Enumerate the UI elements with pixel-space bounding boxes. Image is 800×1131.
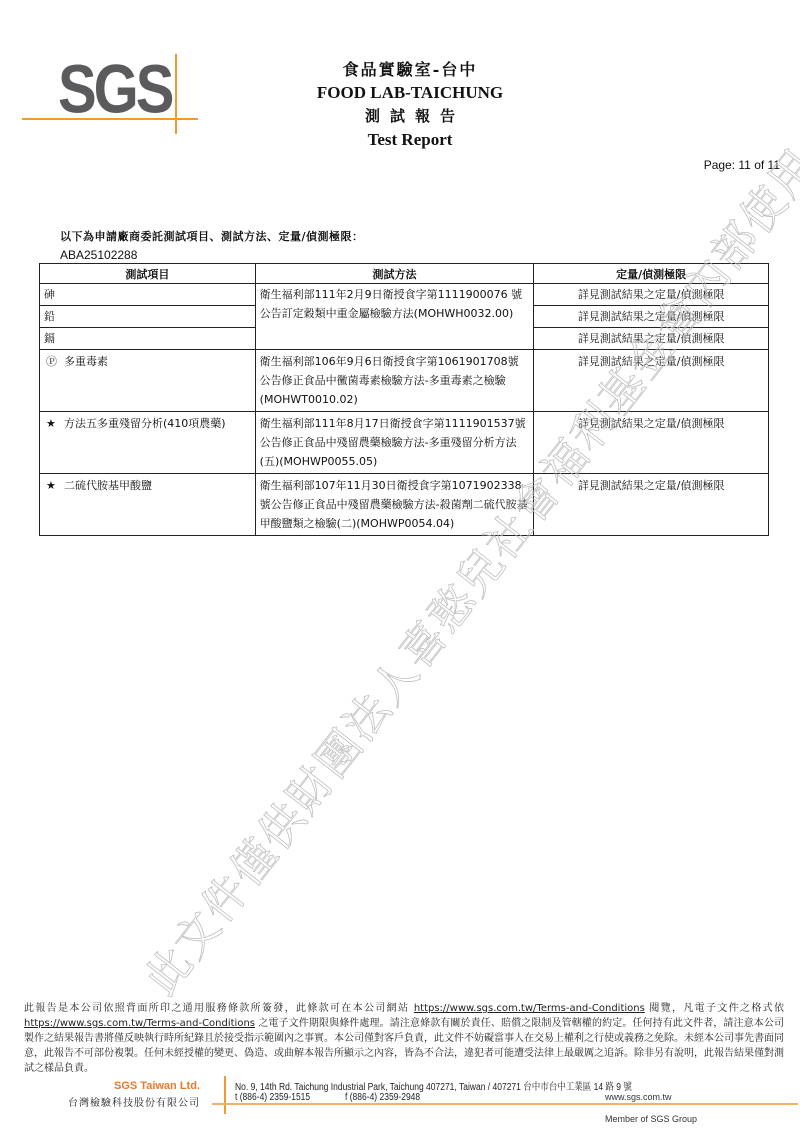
sgs-logo: SGS	[22, 52, 182, 134]
test-limit: 詳見測試結果之定量/偵測極限	[534, 328, 769, 350]
test-method: 衛生福利部107年11月30日衛授食字第1071902338號公告修正食品中殘留…	[255, 474, 534, 536]
test-item: 砷	[40, 284, 256, 306]
test-method: 衛生福利部111年8月17日衛授食字第1111901537號公告修正食品中殘留農…	[255, 412, 534, 474]
disclaimer-text-1: 此報告是本公司依照背面所印之通用服務條款所簽發，此條款可在本公司網站	[24, 1003, 414, 1014]
test-item: 二硫代胺基甲酸鹽	[64, 479, 152, 492]
table-header-row: 測試項目 測試方法 定量/偵測極限	[40, 264, 769, 284]
intro-heading: 以下為申請廠商委託測試項目、測試方法、定量/偵測極限：	[60, 228, 364, 244]
logo-horizontal-line	[22, 118, 198, 120]
test-method: 衛生福利部111年2月9日衛授食字第1111900076 號公告訂定穀類中重金屬…	[255, 284, 534, 350]
company-phone: t (886-4) 2359-1515	[235, 1092, 310, 1103]
table-row: ★方法五多重殘留分析(410項農藥) 衛生福利部111年8月17日衛授食字第11…	[40, 412, 769, 474]
test-limit: 詳見測試結果之定量/偵測極限	[534, 412, 769, 474]
test-item: 方法五多重殘留分析(410項農藥)	[64, 417, 226, 430]
legal-disclaimer: 此報告是本公司依照背面所印之通用服務條款所簽發，此條款可在本公司網站 https…	[24, 1001, 784, 1076]
test-item: 多重毒素	[64, 355, 108, 368]
table-row: Ⓟ多重毒素 衛生福利部106年9月6日衛授食字第1061901708號公告修正食…	[40, 350, 769, 412]
lab-name-en: FOOD LAB-TAICHUNG	[290, 82, 530, 104]
logo-text: SGS	[58, 56, 172, 124]
table-row: 砷 衛生福利部111年2月9日衛授食字第1111900076 號公告訂定穀類中重…	[40, 284, 769, 306]
terms-link[interactable]: https://www.sgs.com.tw/Terms-and-Conditi…	[414, 1003, 645, 1014]
column-header-item: 測試項目	[40, 264, 256, 284]
lab-name-zh: 食品實驗室-台中	[290, 58, 530, 82]
report-id: ABA25102288	[60, 248, 137, 262]
test-limit: 詳見測試結果之定量/偵測極限	[534, 474, 769, 536]
test-item-cell: ★方法五多重殘留分析(410項農藥)	[40, 412, 256, 474]
star-icon: ★	[46, 414, 64, 433]
test-method: 衛生福利部106年9月6日衛授食字第1061901708號公告修正食品中黴菌毒素…	[255, 350, 534, 412]
company-name-en: SGS Taiwan Ltd.	[110, 1080, 200, 1092]
test-item-cell: Ⓟ多重毒素	[40, 350, 256, 412]
disclaimer-text-2: 閱覽，凡電子文件之格式依	[645, 1003, 784, 1014]
member-of-group: Member of SGS Group	[605, 1114, 697, 1124]
company-address: No. 9, 14th Rd. Taichung Industrial Park…	[235, 1078, 632, 1093]
column-header-method: 測試方法	[255, 264, 534, 284]
report-title-zh: 測試報告	[290, 104, 530, 128]
company-fax: f (886-4) 2359-2948	[345, 1092, 420, 1103]
terms-link[interactable]: https://www.sgs.com.tw/Terms-and-Conditi…	[24, 1018, 255, 1029]
test-limit: 詳見測試結果之定量/偵測極限	[534, 350, 769, 412]
company-website[interactable]: www.sgs.com.tw	[605, 1092, 672, 1102]
table-row: ★二硫代胺基甲酸鹽 衛生福利部107年11月30日衛授食字第1071902338…	[40, 474, 769, 536]
page-number: Page: 11 of 11	[704, 158, 780, 172]
test-item: 鉛	[40, 306, 256, 328]
report-title-en: Test Report	[290, 128, 530, 152]
test-methods-table: 測試項目 測試方法 定量/偵測極限 砷 衛生福利部111年2月9日衛授食字第11…	[39, 263, 769, 536]
test-item: 鎘	[40, 328, 256, 350]
logo-vertical-line	[175, 54, 177, 134]
footer-horizontal-line	[212, 1103, 798, 1105]
test-limit: 詳見測試結果之定量/偵測極限	[534, 284, 769, 306]
footer-vertical-line	[224, 1076, 226, 1114]
company-name-zh: 台灣檢驗科技股份有限公司	[40, 1094, 200, 1109]
test-limit: 詳見測試結果之定量/偵測極限	[534, 306, 769, 328]
star-icon: ★	[46, 476, 64, 495]
column-header-limit: 定量/偵測極限	[534, 264, 769, 284]
test-item-cell: ★二硫代胺基甲酸鹽	[40, 474, 256, 536]
report-title-block: 食品實驗室-台中 FOOD LAB-TAICHUNG 測試報告 Test Rep…	[290, 58, 530, 152]
p-circle-icon: Ⓟ	[46, 352, 64, 371]
